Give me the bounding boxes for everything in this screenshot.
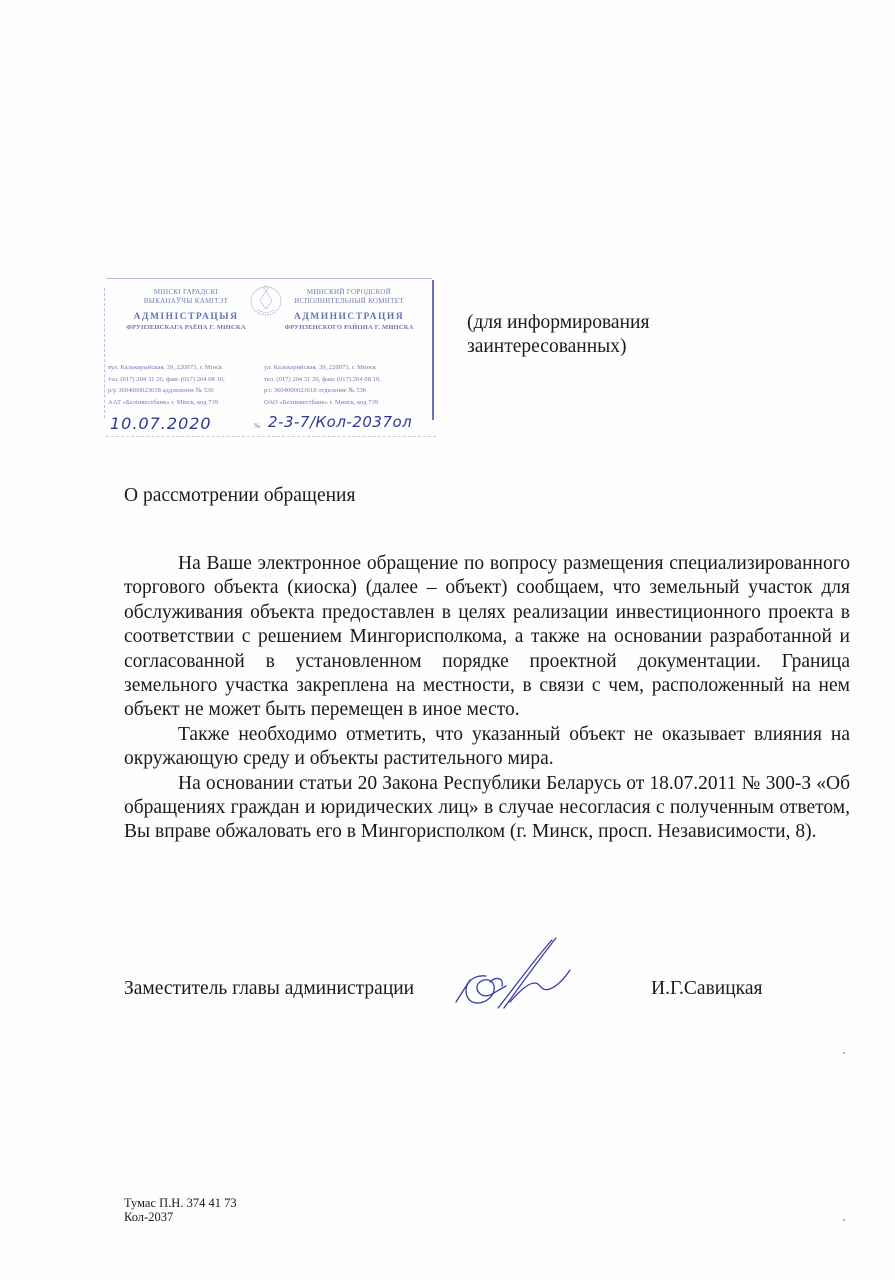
addressee-block: (для информирования заинтересованных): [467, 311, 649, 359]
stamp-address-russian: ул. Калькарийская, 39, 220073, г. Минск …: [264, 362, 434, 408]
stamp-address-line: р/р 3604000023618 аддзяленне № 536: [108, 385, 268, 397]
stamp-address-belarusian: вул. Калькарыйская, 39, 220073, г. Мінск…: [108, 362, 268, 408]
addressee-line: (для информирования: [467, 311, 649, 335]
stamp-address-line: вул. Калькарыйская, 39, 220073, г. Мінск: [108, 362, 268, 374]
stamp-border: [106, 436, 436, 437]
stamp-org-line: выканаўчы камітэт: [106, 297, 266, 306]
executor-contact: Тумас П.Н. 374 41 73: [124, 1197, 237, 1211]
letter-subject: О рассмотрении обращения: [124, 485, 355, 507]
stamp-admin-title: АДМИНИСТРАЦИЯ: [264, 312, 434, 322]
signatory-name: И.Г.Савицкая: [651, 978, 762, 1000]
letter-page: Мінскі гарадскі выканаўчы камітэт АДМІНІ…: [0, 0, 895, 1280]
document-code: Кол-2037: [124, 1211, 237, 1225]
executor-footer: Тумас П.Н. 374 41 73 Кол-2037: [124, 1197, 237, 1224]
scan-artifact: [843, 1052, 845, 1054]
stamp-russian-header: Минский городской исполнительный комитет…: [264, 288, 434, 331]
stamp-border: [104, 288, 105, 418]
stamp-address-line: тэл. (017) 204 31 26, факс (017) 204 08 …: [108, 374, 268, 386]
body-paragraph: Также необходимо отметить, что указанный…: [124, 723, 850, 772]
stamp-org-line: Минский городской: [264, 288, 434, 297]
handwritten-reference-number: 2-3-7/Кол-2037ол: [268, 413, 412, 431]
number-label: №: [254, 422, 261, 430]
stamp-address-line: тел. (017) 204 31 26, факс (017) 204 08 …: [264, 374, 434, 386]
stamp-address-line: ААТ «Белінвестбанк» г. Мінск, код 739: [108, 397, 268, 409]
stamp-org-line: Мінскі гарадскі: [106, 288, 266, 297]
body-paragraph: На основании статьи 20 Закона Республики…: [124, 772, 850, 845]
stamp-district: Фрунзенскага раёна г. Мінска: [106, 324, 266, 331]
stamp-belarusian-header: Мінскі гарадскі выканаўчы камітэт АДМІНІ…: [106, 288, 266, 331]
letterhead-stamp: Мінскі гарадскі выканаўчы камітэт АДМІНІ…: [104, 278, 434, 438]
letter-body: На Ваше электронное обращение по вопросу…: [124, 552, 850, 845]
body-paragraph: На Ваше электронное обращение по вопросу…: [124, 552, 850, 723]
stamp-border: [106, 278, 432, 279]
stamp-district: Фрунзенского района г. Минска: [264, 324, 434, 331]
scan-artifact: [843, 1219, 845, 1221]
addressee-line: заинтересованных): [467, 335, 649, 359]
handwritten-signature-icon: [448, 936, 588, 1016]
stamp-address-line: ОАО «Белинвестбанк» г. Минск, код 739: [264, 397, 434, 409]
stamp-address-line: р/с 3604000023618 отделение № 536: [264, 385, 434, 397]
stamp-address-line: ул. Калькарийская, 39, 220073, г. Минск: [264, 362, 434, 374]
signatory-position: Заместитель главы администрации: [124, 978, 414, 1000]
handwritten-date: 10.07.2020: [110, 414, 212, 433]
stamp-admin-title: АДМІНІСТРАЦЫЯ: [106, 312, 266, 322]
stamp-org-line: исполнительный комитет: [264, 297, 434, 306]
